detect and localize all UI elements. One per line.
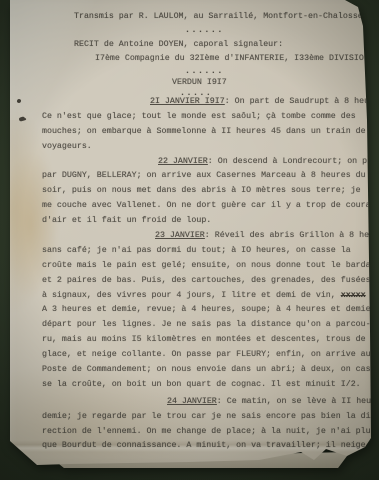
entry-line: par DUGNY, BELLERAY; on arrive aux Caser… (42, 169, 374, 184)
entry-line: d'air et il fait un froid de loup. (42, 214, 374, 229)
entry-line: me couche avec Vallenet. On ne dort guèr… (42, 199, 374, 214)
entry-first-line: 23 JANVIER: Réveil des abris Grillon à 8… (42, 229, 374, 244)
entry-line: croûte mais le pain est gelé; ensuite, o… (42, 259, 374, 274)
entry-line: rection de l'ennemi. On me change de pla… (42, 425, 374, 440)
document-paper: Transmis par R. LAULOM, au Sarraillé, Mo… (9, 0, 374, 471)
entry-first-line: 22 JANVIER: On descend à Londrecourt; on… (42, 155, 374, 170)
header-transmitted-by: Transmis par R. LAULOM, au Sarraillé, Mo… (74, 12, 379, 21)
entry-first-line-text: : On descend à Londrecourt; on passe (208, 157, 379, 166)
entry-first-line-text: : Réveil des abris Grillon à 8 heures (205, 231, 379, 240)
journal-entry: 22 JANVIER: On descend à Londrecourt; on… (42, 155, 374, 229)
header-recit-line: RECIT de Antoine DOYEN, caporal signaleu… (74, 40, 283, 49)
entry-first-line: 2I JANVIER I9I7: On part de Saudrupt à 8… (42, 95, 374, 110)
entry-line: se la croûte, on boit un bon quart de co… (42, 378, 374, 393)
entry-first-line: 24 JANVIER: Ce matin, on se lève à II he… (42, 395, 374, 410)
journal-entry: 23 JANVIER: Réveil des abris Grillon à 8… (42, 229, 374, 393)
entry-line: sans café; je n'ai pas dormi du tout; à … (42, 244, 374, 259)
entry-first-line-text: : On part de Saudrupt à 8 heures (225, 97, 379, 106)
entry-line: mouches; on embarque à Sommelonne à II h… (42, 125, 374, 140)
entry-line: Poste de Commandement; on nous envoie da… (42, 363, 374, 378)
entry-line: voyageurs. (42, 140, 374, 155)
document-title: VERDUN I9I7 (172, 78, 227, 87)
entry-line: A 3 heures et demie, revue; à 4 heures, … (42, 303, 374, 318)
header-unit-line: I7ème Compagnie du 32Ième d'INFANTERIE, … (95, 54, 369, 63)
entry-first-line-text: : Ce matin, on se lève à II heures et (217, 397, 379, 406)
pencil-mark (19, 116, 26, 121)
entry-line: glace, et neige collante. On passe par F… (42, 348, 374, 363)
struck-text: xxxxx (341, 291, 366, 300)
header-separator: ...... (185, 26, 224, 35)
header-separator: ...... (185, 67, 224, 76)
entry-date: 2I JANVIER I9I7 (150, 97, 225, 106)
paper-shadow: Transmis par R. LAULOM, au Sarraillé, Mo… (0, 0, 379, 480)
entry-date: 24 JANVIER (167, 397, 217, 406)
entry-line: et 2 paires de bas. Puis, des cartouches… (42, 274, 374, 289)
journal-entry: 24 JANVIER: Ce matin, on se lève à II he… (42, 395, 374, 455)
entry-line: ru, mais au moins I5 kilomètres en monté… (42, 333, 374, 348)
photo-background: Transmis par R. LAULOM, au Sarraillé, Mo… (0, 0, 379, 480)
entry-date: 23 JANVIER (155, 231, 205, 240)
entry-line: départ pour les lignes. Je ne sais pas l… (42, 318, 374, 333)
entries: 2I JANVIER I9I7: On part de Saudrupt à 8… (42, 95, 374, 454)
entry-line: à signaux, des vivres pour 4 jours, I li… (42, 289, 374, 304)
entry-line: que Bourdut de connaissance. A minuit, o… (42, 439, 374, 454)
entry-line: demie; je regarde par le trou car je ne … (42, 410, 374, 425)
journal-entry: 2I JANVIER I9I7: On part de Saudrupt à 8… (42, 95, 374, 155)
entry-line: Ce n'est que glace; tout le monde est sa… (42, 110, 374, 125)
entry-line: soir, puis on nous met dans des abris à … (42, 184, 374, 199)
entry-date: 22 JANVIER (158, 157, 208, 166)
